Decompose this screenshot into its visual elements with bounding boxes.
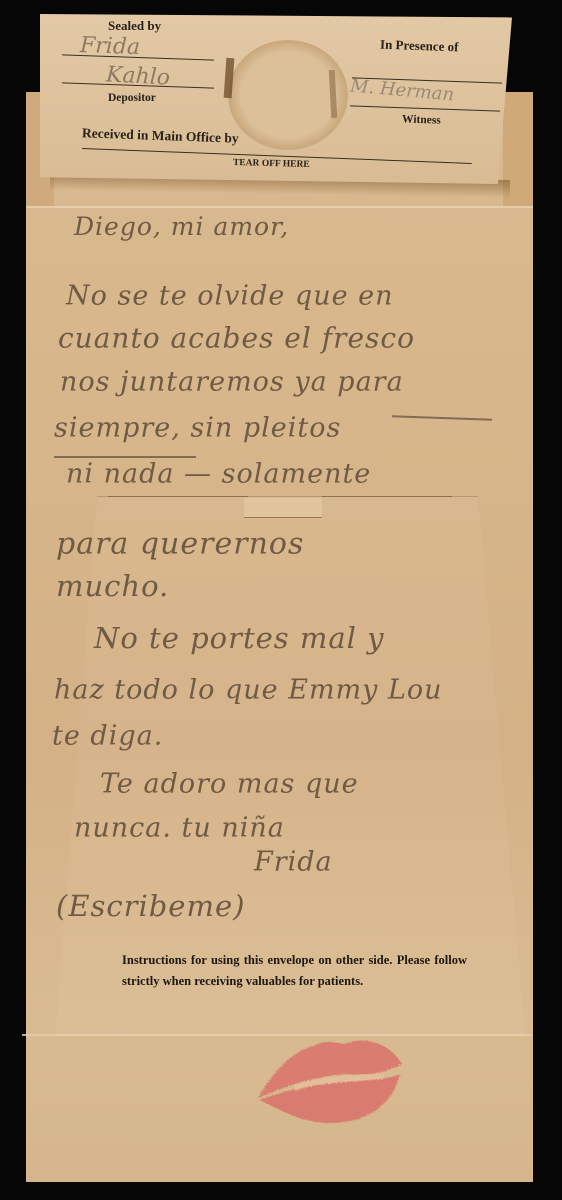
letter-line: nos juntaremos ya para xyxy=(60,367,404,398)
envelope-tab-slot xyxy=(244,498,322,518)
letter-signature: Frida xyxy=(254,847,333,878)
document-photo: Sealed by Frida Kahlo Depositor In Prese… xyxy=(0,0,562,1200)
letter-line: No se te olvide que en xyxy=(66,281,394,312)
depositor-label: Depositor xyxy=(108,92,156,104)
in-presence-of-label: In Presence of xyxy=(380,37,459,56)
letter-line: te diga. xyxy=(52,721,163,752)
letter-line: mucho. xyxy=(56,569,169,603)
envelope-top-seam xyxy=(26,206,533,208)
letter-salutation: Diego, mi amor, xyxy=(74,212,289,241)
letter-line: Te adoro mas que xyxy=(100,769,359,800)
lipstick-kiss-mark xyxy=(254,1030,406,1128)
sealed-by-label: Sealed by xyxy=(108,18,161,34)
letter-line: siempre, sin pleitos xyxy=(54,413,341,444)
witness-label: Witness xyxy=(402,113,441,126)
letter-postscript: (Escribeme) xyxy=(56,889,245,923)
letter-line: haz todo lo que Emmy Lou xyxy=(54,675,443,706)
fold-line-right xyxy=(322,496,452,497)
envelope-instructions: Instructions for using this envelope on … xyxy=(122,950,467,992)
letter-line: No te portes mal y xyxy=(94,621,385,655)
letter-line: ni nada — solamente xyxy=(66,459,371,490)
fold-line-left xyxy=(108,496,248,497)
letter-line: para querernos xyxy=(56,527,304,562)
tear-off-here-label: TEAR OFF HERE xyxy=(233,158,310,170)
letter-line: cuanto acabes el fresco xyxy=(58,322,415,355)
letter-line: nunca. tu niña xyxy=(74,813,285,844)
